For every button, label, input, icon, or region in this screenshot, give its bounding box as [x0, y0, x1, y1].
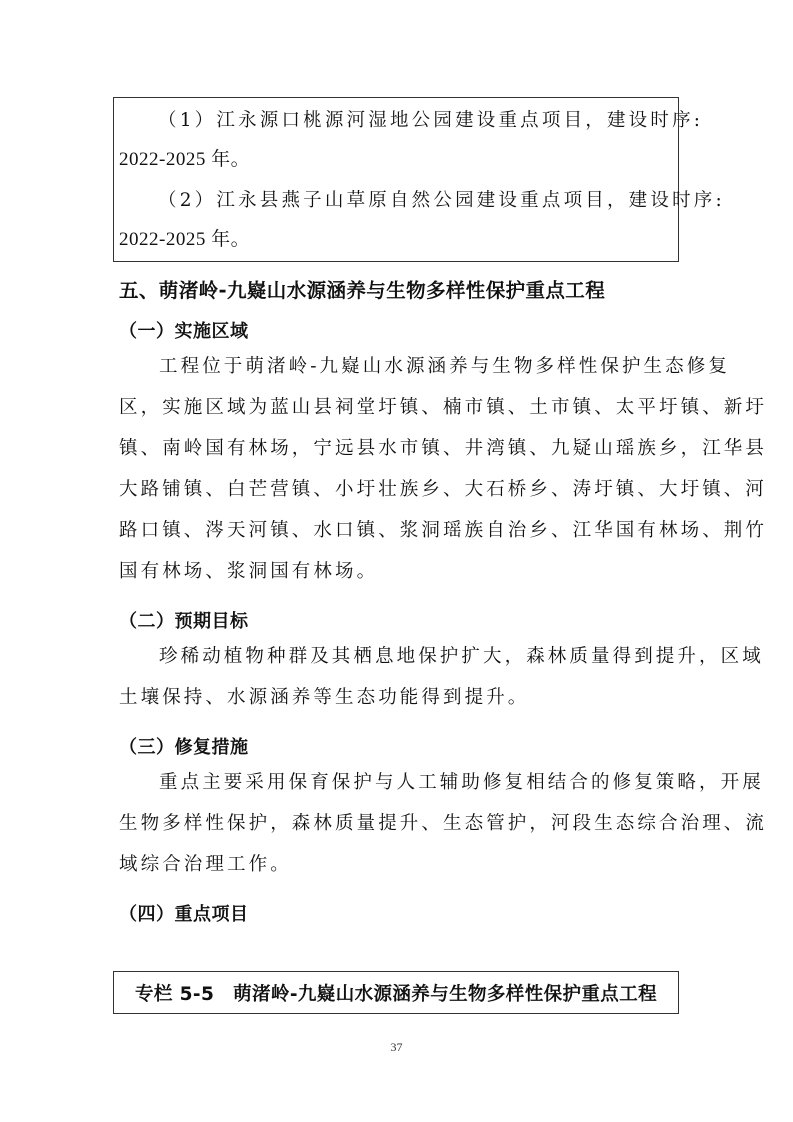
page-number: 37 [0, 1040, 793, 1055]
subsection-heading-expected-goals: （二）预期目标 [119, 607, 249, 633]
paragraph-line: 域综合治理工作。 [119, 853, 292, 877]
paragraph-line: 国有林场、浆洞国有林场。 [119, 560, 378, 584]
subsection-heading-implementation-area: （一）实施区域 [119, 317, 249, 343]
project-item-2-line-1: （2）江永县燕子山草原自然公园建设重点项目，建设时序: [158, 189, 725, 213]
project-item-1-line-2: 2022-2025 年。 [119, 148, 250, 172]
subsection-heading-restoration-measures: （三）修复措施 [119, 733, 249, 759]
paragraph-line: 镇、南岭国有林场，宁远县水市镇、井湾镇、九疑山瑶族乡，江华县 [119, 437, 767, 461]
column-box-title: 专栏 5-5 萌渚岭-九嶷山水源涵养与生物多样性保护重点工程 [135, 980, 657, 1006]
subsection-heading-key-projects: （四）重点项目 [119, 900, 249, 926]
paragraph-line: 路口镇、涔天河镇、水口镇、浆洞瑶族自治乡、江华国有林场、荆竹 [119, 519, 767, 543]
paragraph-line: 珍稀动植物种群及其栖息地保护扩大，森林质量得到提升，区域 [159, 645, 764, 669]
paragraph-line: 工程位于萌渚岭-九嶷山水源涵养与生物多样性保护生态修复 [159, 355, 730, 379]
paragraph-line: 土壤保持、水源涵养等生态功能得到提升。 [119, 686, 529, 710]
column-box: 专栏 5-5 萌渚岭-九嶷山水源涵养与生物多样性保护重点工程 [113, 971, 679, 1014]
project-item-2-line-2: 2022-2025 年。 [119, 228, 250, 252]
paragraph-line: 区，实施区域为蓝山县祠堂圩镇、楠市镇、土市镇、太平圩镇、新圩 [119, 396, 767, 420]
paragraph-line: 重点主要采用保育保护与人工辅助修复相结合的修复策略，开展 [159, 771, 764, 795]
project-item-1-line-1: （1）江永源口桃源河湿地公园建设重点项目，建设时序: [158, 109, 703, 133]
paragraph-line: 生物多样性保护，森林质量提升、生态管护，河段生态综合治理、流 [119, 812, 767, 836]
section-title: 五、萌渚岭-九嶷山水源涵养与生物多样性保护重点工程 [119, 275, 605, 303]
project-list-box: （1）江永源口桃源河湿地公园建设重点项目，建设时序: 2022-2025 年。 … [113, 97, 679, 262]
document-page: （1）江永源口桃源河湿地公园建设重点项目，建设时序: 2022-2025 年。 … [0, 0, 793, 1122]
paragraph-line: 大路铺镇、白芒营镇、小圩壮族乡、大石桥乡、涛圩镇、大圩镇、河 [119, 478, 767, 502]
